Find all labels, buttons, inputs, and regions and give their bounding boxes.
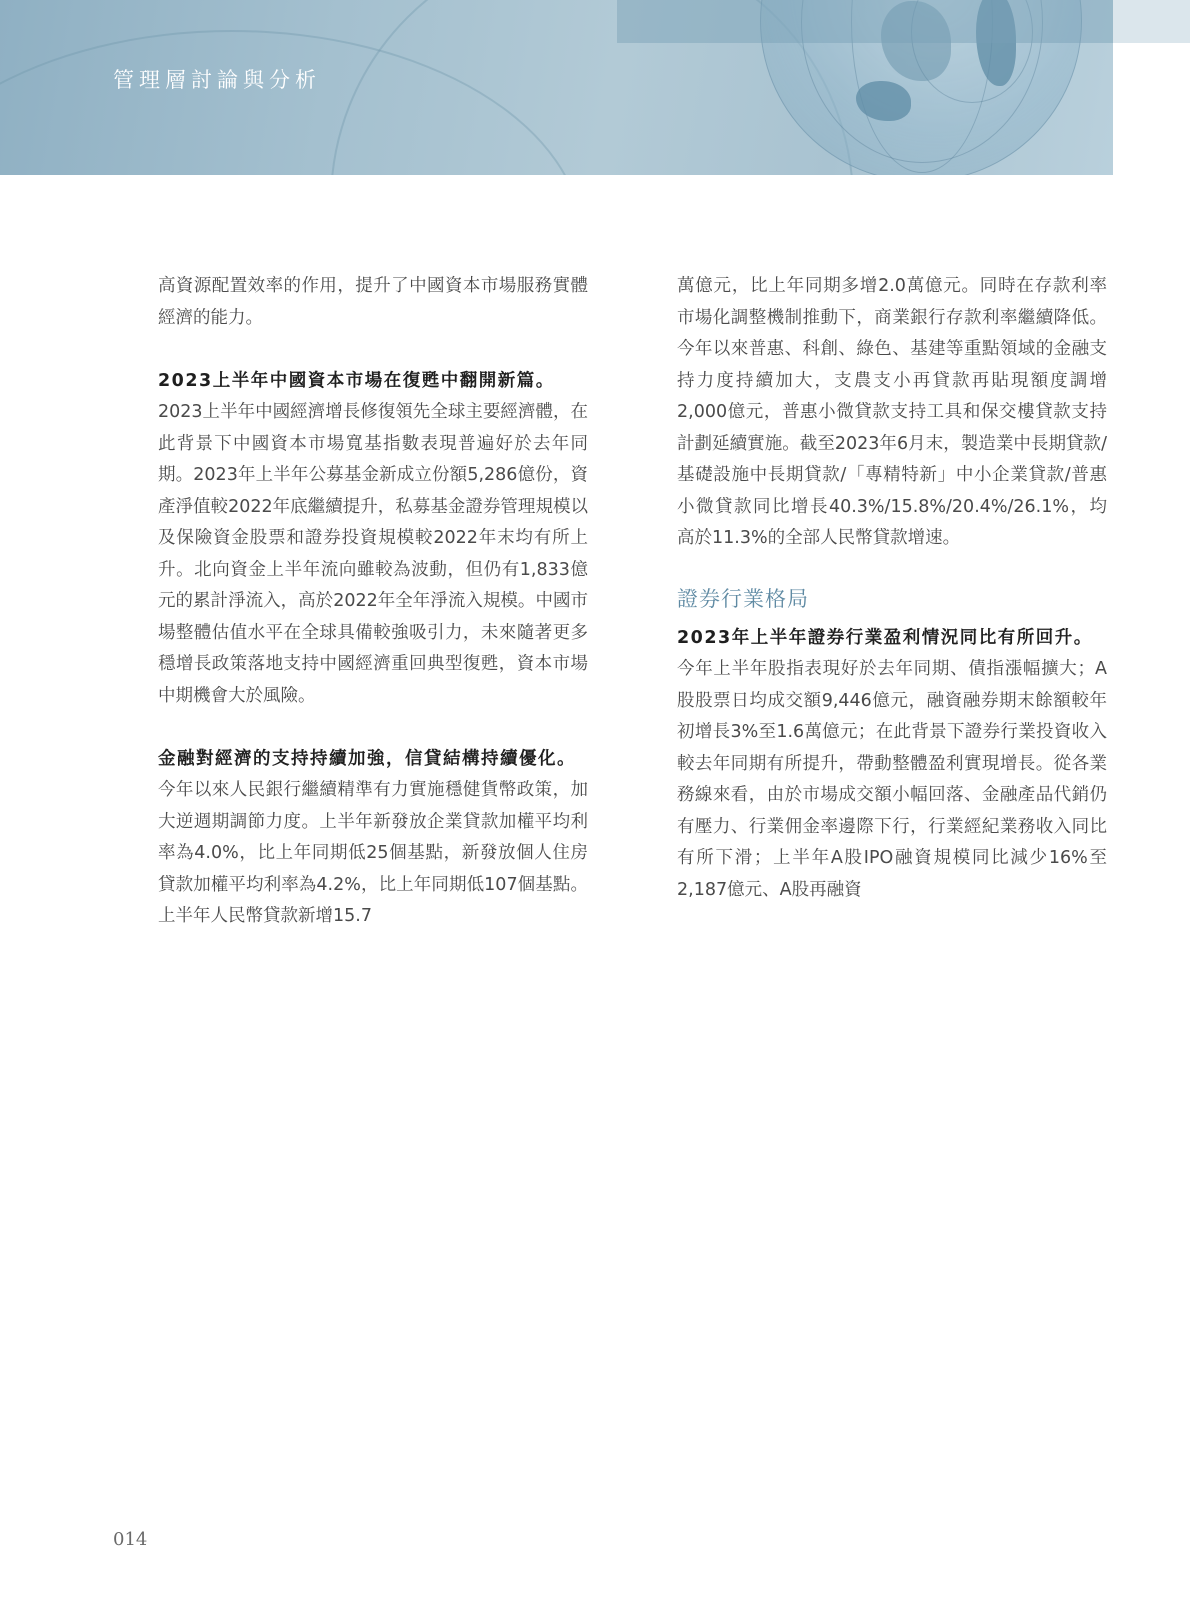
intro-paragraph: 高資源配置效率的作用，提升了中國資本市場服務實體經濟的能力。 [158,271,588,334]
right-column: 萬億元，比上年同期多增2.0萬億元。同時在存款利率市場化調整機制推動下，商業銀行… [677,271,1107,906]
block-heading: 2023年上半年證券行業盈利情況同比有所回升。 [677,623,1107,655]
continued-paragraph: 萬億元，比上年同期多增2.0萬億元。同時在存款利率市場化調整機制推動下，商業銀行… [677,271,1107,555]
block-body: 今年上半年股指表現好於去年同期、債指漲幅擴大；A股股票日均成交額9,446億元，… [677,654,1107,906]
page-number: 014 [113,1529,147,1550]
header-decorative-strip [617,0,1190,43]
header-decorative-strip-right [1113,0,1190,43]
block-body: 今年以來人民銀行繼續精準有力實施穩健貨幣政策，加大逆週期調節力度。上半年新發放企… [158,775,588,933]
section-heading: 證券行業格局 [677,583,1107,615]
left-column: 高資源配置效率的作用，提升了中國資本市場服務實體經濟的能力。 2023上半年中國… [158,271,588,933]
block-body: 2023上半年中國經濟增長修復領先全球主要經濟體，在此背景下中國資本市場寬基指數… [158,397,588,712]
section-title-header: 管理層討論與分析 [113,64,321,94]
block-heading: 金融對經濟的支持持續加強，信貸結構持續優化。 [158,744,588,776]
block-heading: 2023上半年中國資本市場在復甦中翻開新篇。 [158,366,588,398]
